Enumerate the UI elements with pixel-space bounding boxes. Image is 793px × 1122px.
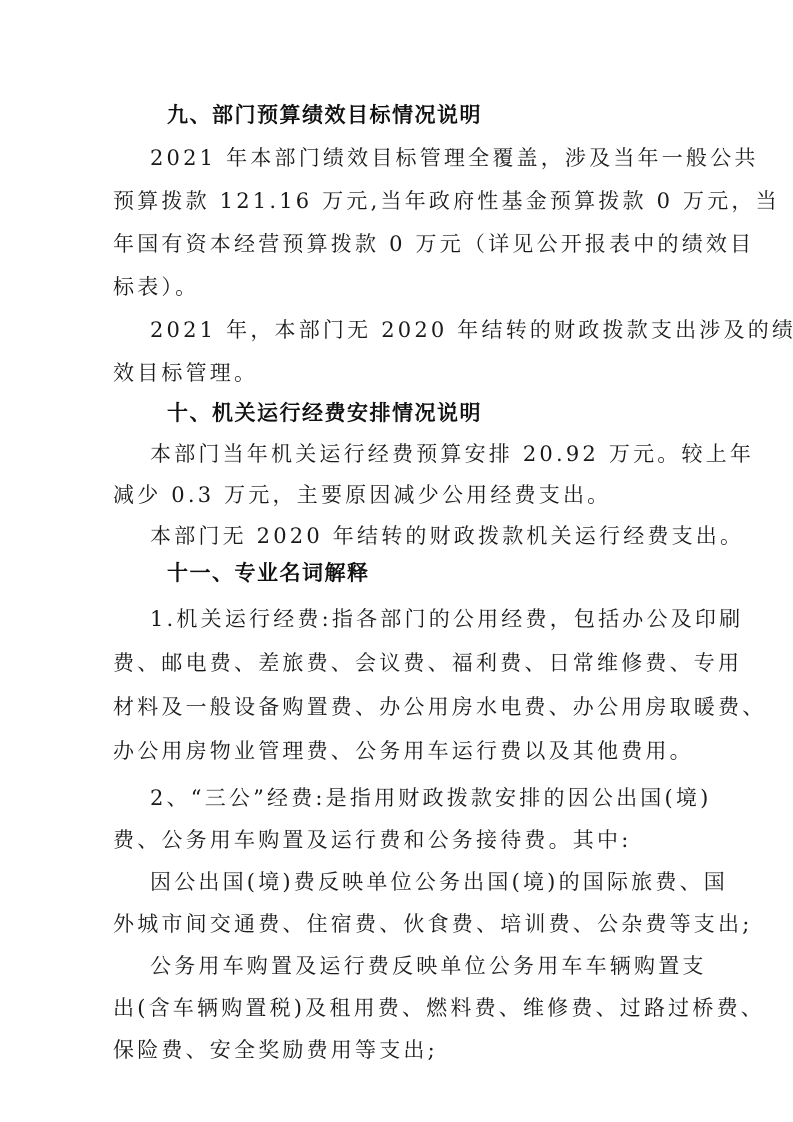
paragraph-line: 费、公务用车购置及运行费和公务接待费。其中:: [113, 825, 631, 855]
paragraph-line: 2021 年，本部门无 2020 年结转的财政拨款支出涉及的绩: [150, 315, 793, 345]
paragraph-line: 办公用房物业管理费、公务用车运行费以及其他费用。: [113, 736, 694, 766]
paragraph-line: 保险费、安全奖励费用等支出;: [113, 1035, 438, 1065]
paragraph-line: 标表）。: [113, 272, 199, 302]
paragraph-line: 公务用车购置及运行费反映单位公务用车车辆购置支: [150, 951, 707, 981]
paragraph-line: 减少 0.3 万元，主要原因减少公用经费支出。: [113, 480, 611, 510]
paragraph-line: 预算拨款 121.16 万元,当年政府性基金预算拨款 0 万元，当: [113, 186, 780, 216]
paragraph-line: 外城市间交通费、住宿费、伙食费、培训费、公杂费等支出;: [113, 909, 752, 939]
paragraph-line: 费、邮电费、差旅费、会议费、福利费、日常维修费、专用: [113, 648, 742, 678]
paragraph-line: 本部门当年机关运行经费预算安排 20.92 万元。较上年: [150, 439, 754, 469]
section-heading-10: 十、机关运行经费安排情况说明: [167, 398, 482, 428]
paragraph-line: 因公出国(境)费反映单位公务出国(境)的国际旅费、国: [150, 867, 728, 897]
paragraph-line: 出(含车辆购置税)及租用费、燃料费、维修费、过路过桥费、: [113, 993, 765, 1023]
paragraph-line: 本部门无 2020 年结转的财政拨款机关运行经费支出。: [150, 521, 744, 551]
paragraph-line: 2、“三公”经费:是指用财政拨款安排的因公出国(境): [150, 783, 712, 813]
paragraph-line: 2021 年本部门绩效目标管理全覆盖，涉及当年一般公共: [150, 143, 759, 173]
paragraph-line: 1.机关运行经费:指各部门的公用经费，包括办公及印刷: [150, 604, 743, 634]
paragraph-line: 效目标管理。: [113, 358, 258, 388]
section-heading-9: 九、部门预算绩效目标情况说明: [167, 100, 482, 130]
section-heading-11: 十一、专业名词解释: [167, 558, 370, 588]
paragraph-line: 材料及一般设备购置费、办公用房水电费、办公用房取暖费、: [113, 692, 766, 722]
paragraph-line: 年国有资本经营预算拨款 0 万元（详见公开报表中的绩效目: [113, 229, 754, 259]
